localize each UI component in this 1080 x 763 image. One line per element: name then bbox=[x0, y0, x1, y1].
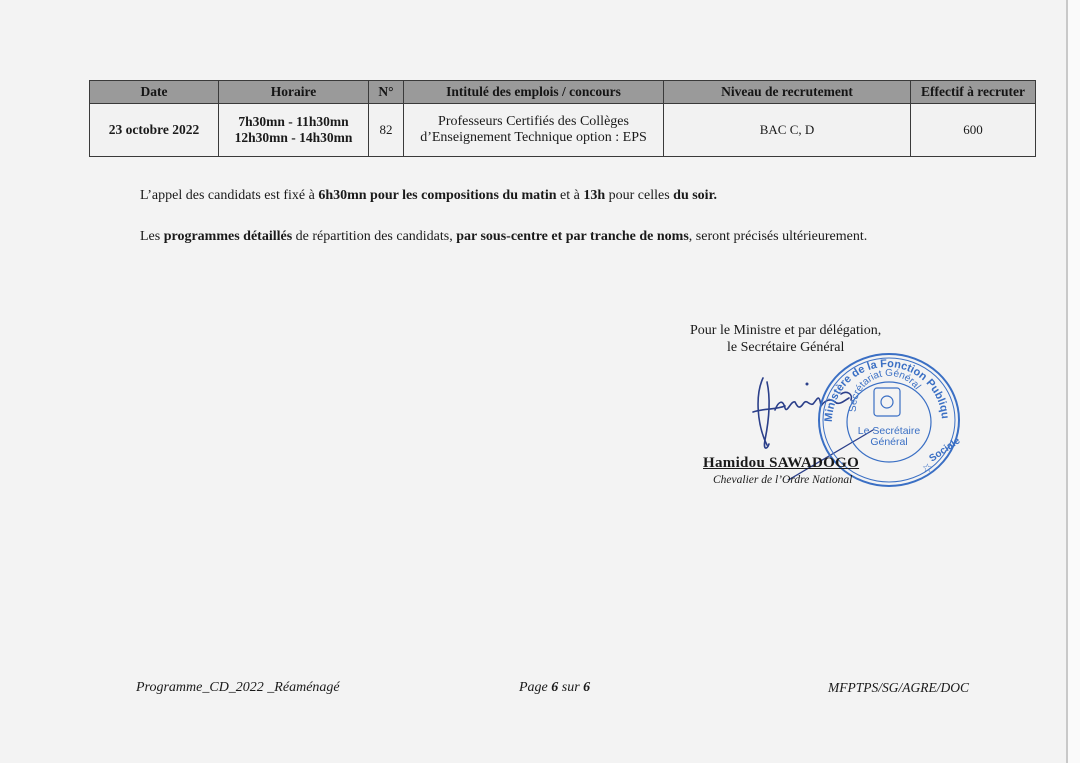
delegation-line: Pour le Ministre et par délégation, bbox=[690, 322, 900, 339]
page-margin bbox=[1068, 0, 1080, 763]
cell-time: 7h30mn - 11h30mn 12h30mn - 14h30mn bbox=[219, 104, 369, 157]
cell-count: 600 bbox=[911, 104, 1036, 157]
text: , seront précisés ultérieurement. bbox=[689, 229, 867, 244]
title-line-2: d’Enseignement Technique option : EPS bbox=[408, 130, 659, 146]
text: de répartition des candidats, bbox=[292, 229, 456, 244]
table-row: 23 octobre 2022 7h30mn - 11h30mn 12h30mn… bbox=[90, 104, 1036, 157]
time-afternoon: 12h30mn - 14h30mn bbox=[223, 130, 364, 146]
text: pour celles bbox=[605, 188, 673, 203]
cell-level: BAC C, D bbox=[664, 104, 911, 157]
signer-title: Chevalier de l’Ordre National bbox=[713, 474, 852, 486]
programs-paragraph: Les programmes détaillés de répartition … bbox=[140, 229, 867, 245]
time-morning: 7h30mn - 11h30mn bbox=[223, 114, 364, 130]
svg-text:☆: ☆ bbox=[922, 461, 933, 475]
text: sur bbox=[558, 680, 583, 695]
bold-text: du soir. bbox=[673, 188, 717, 203]
header-count: Effectif à recruter bbox=[911, 81, 1036, 104]
bold-text: par sous-centre et par tranche de noms bbox=[456, 229, 689, 244]
roll-call-paragraph: L’appel des candidats est fixé à 6h30mn … bbox=[140, 188, 717, 204]
signer-name: Hamidou SAWADOGO bbox=[703, 455, 859, 472]
cell-title: Professeurs Certifiés des Collèges d’Ens… bbox=[404, 104, 664, 157]
header-date: Date bbox=[90, 81, 219, 104]
bold-text: 6h30mn pour les compositions du matin bbox=[318, 188, 556, 203]
exam-schedule-table: Date Horaire N° Intitulé des emplois / c… bbox=[89, 80, 1036, 157]
svg-text:Général: Général bbox=[870, 436, 907, 448]
title-line-1: Professeurs Certifiés des Collèges bbox=[408, 114, 659, 130]
bold-text: 13h bbox=[583, 188, 605, 203]
cell-date: 23 octobre 2022 bbox=[90, 104, 219, 157]
bold-text: programmes détaillés bbox=[164, 229, 292, 244]
header-number: N° bbox=[369, 81, 404, 104]
text: Page bbox=[519, 680, 551, 695]
text: Les bbox=[140, 229, 164, 244]
table-header-row: Date Horaire N° Intitulé des emplois / c… bbox=[90, 81, 1036, 104]
footer-document-name: Programme_CD_2022 _Réaménagé bbox=[136, 680, 340, 696]
text: et à bbox=[557, 188, 584, 203]
page-total: 6 bbox=[583, 680, 590, 695]
header-time: Horaire bbox=[219, 81, 369, 104]
footer-reference: MFPTPS/SG/AGRE/DOC bbox=[828, 680, 969, 696]
header-title: Intitulé des emplois / concours bbox=[404, 81, 664, 104]
header-level: Niveau de recrutement bbox=[664, 81, 911, 104]
cell-number: 82 bbox=[369, 104, 404, 157]
text: L’appel des candidats est fixé à bbox=[140, 188, 318, 203]
footer-page-number: Page 6 sur 6 bbox=[519, 680, 590, 696]
